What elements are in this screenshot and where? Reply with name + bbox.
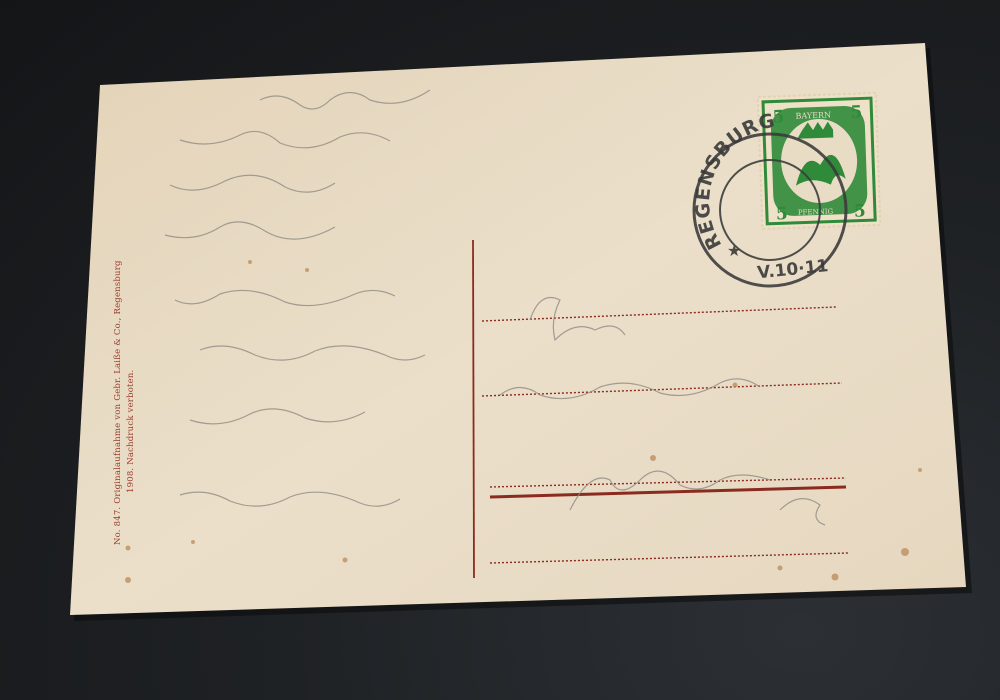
postcard-photo: 5 5 5 5 BAYERN PFENNIG REGENSBURG ★ V.10… bbox=[0, 0, 1000, 700]
stamp-value-tr: 5 bbox=[850, 102, 863, 122]
postmark-star: ★ bbox=[727, 241, 741, 260]
publisher-line-2: 1908. Nachdruck verboten. bbox=[125, 260, 138, 545]
postcard-card: 5 5 5 5 BAYERN PFENNIG REGENSBURG ★ V.10… bbox=[0, 0, 1000, 700]
stamp-denomination: PFENNIG bbox=[798, 207, 834, 216]
stamp-value-bl: 5 bbox=[776, 204, 789, 224]
stamp-country: BAYERN bbox=[795, 111, 831, 121]
publisher-line-1: No. 847. Originalaufnahme von Gebr. Laiß… bbox=[112, 260, 125, 545]
publisher-imprint: No. 847. Originalaufnahme von Gebr. Laiß… bbox=[112, 260, 138, 545]
divider-line bbox=[473, 240, 474, 578]
stamp-value-br: 5 bbox=[854, 201, 867, 221]
